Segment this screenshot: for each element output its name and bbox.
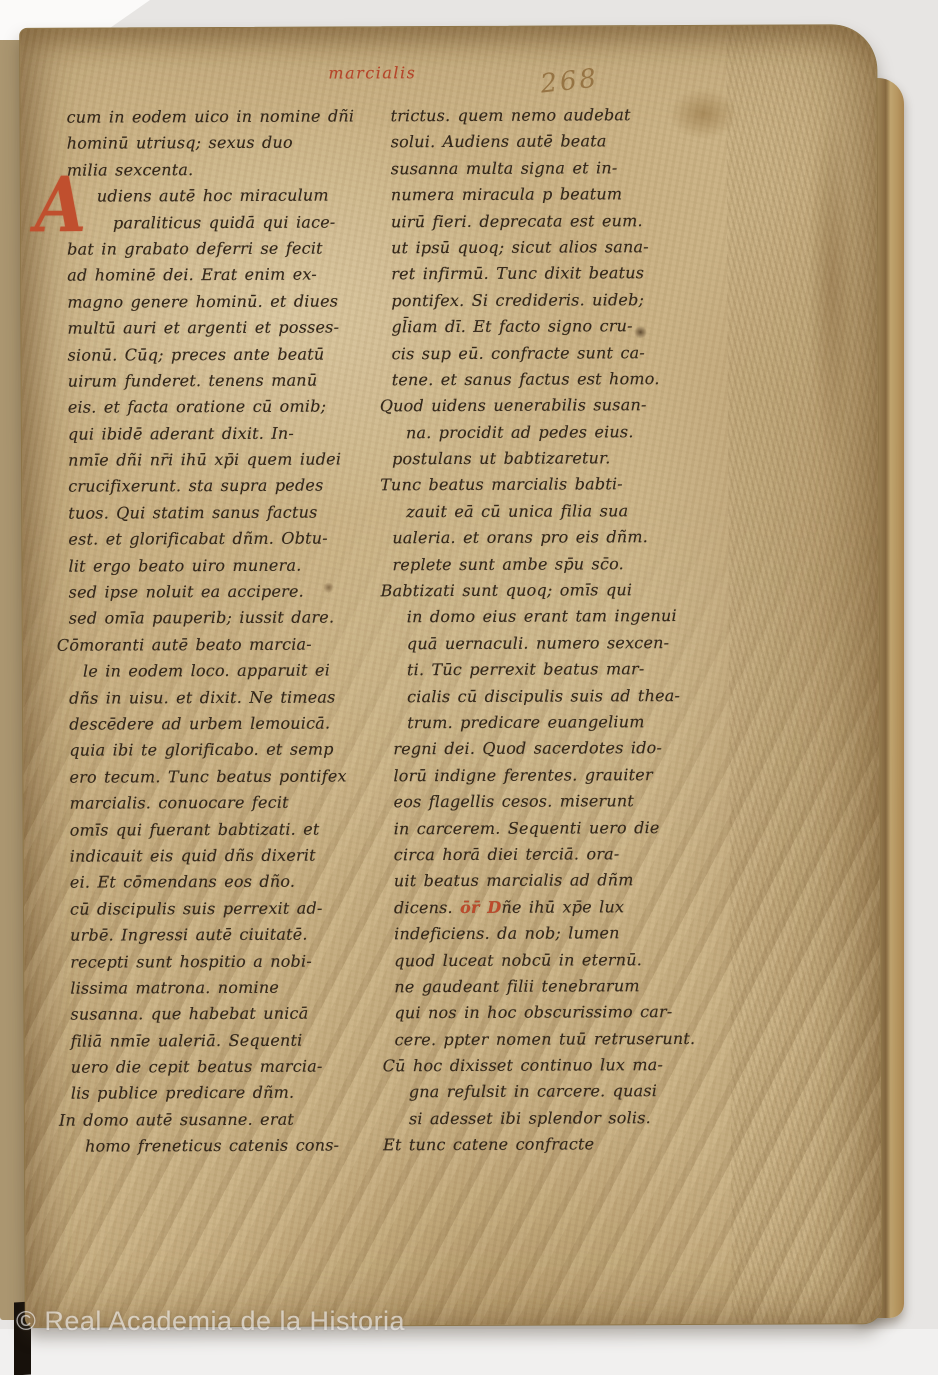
manuscript-line: in carcerem. Sequenti uero die (394, 814, 730, 842)
manuscript-line: bat in grabato deferri se fecit (67, 235, 389, 263)
manuscript-line: sionū. Cūq; preces ante beatū (68, 341, 390, 369)
manuscript-line: postulans ut babtizaretur. (392, 445, 728, 473)
text-segment: ñe ihū xp̄e lux (501, 897, 624, 917)
manuscript-line: cis sup eū. confracte sunt ca- (392, 339, 728, 367)
manuscript-line: indeficiens. da nob; lumen (394, 920, 730, 948)
rubric-text-segment: ōr̄ (460, 898, 487, 917)
manuscript-line: na. procidit ad pedes eius. (392, 418, 728, 446)
manuscript-line: filiā nmīe ualeriā. Sequenti (71, 1027, 393, 1055)
manuscript-line: crucifixerunt. sta supra pedes (68, 473, 390, 501)
manuscript-line: ut ipsū quoq; sicut alios sana- (391, 234, 727, 262)
manuscript-line: tuos. Qui statim sanus factus (68, 499, 390, 527)
manuscript-line: le in eodem loco. apparuit ei (69, 657, 391, 685)
manuscript-line: magno genere hominū. et diues (67, 288, 389, 316)
parchment-page: marcialis 268 A cum in eodem uico in nom… (19, 24, 883, 1328)
manuscript-line: uit beatus marcialis ad dñm (394, 867, 730, 895)
manuscript-line: ne gaudeant filii tenebrarum (394, 973, 730, 1001)
manuscript-line: sed ipse noluit ea accipere. (69, 578, 391, 606)
water-stain (790, 75, 872, 595)
manuscript-line: lit ergo beato uiro munera. (68, 552, 390, 580)
manuscript-line: gna refulsit in carcere. quasi (395, 1078, 731, 1106)
manuscript-line: omīs qui fuerant babtizati. et (70, 816, 392, 844)
manuscript-line: ret infirmū. Tunc dixit beatus (391, 260, 727, 288)
manuscript-line: Cū hoc dixisset continuo lux ma- (383, 1052, 731, 1080)
manuscript-line: trum. predicare euangelium (393, 709, 729, 737)
rubric-text-segment: D (487, 898, 501, 917)
manuscript-line: tene. et sanus factus est homo. (392, 366, 728, 394)
manuscript-line: gl̄iam dī. Et facto signo cru- (391, 313, 727, 341)
manuscript-line: ero tecum. Tunc beatus pontifex (69, 763, 391, 791)
manuscript-line: In domo autē susanne. erat (59, 1106, 393, 1134)
manuscript-line: paraliticus quidā qui iace- (67, 209, 389, 237)
folio-number: 268 (539, 63, 601, 99)
manuscript-line: homo freneticus catenis cons- (71, 1132, 393, 1160)
manuscript-line: Tunc beatus marcialis babti- (380, 471, 728, 499)
manuscript-line: recepti sunt hospitio a nobi- (70, 948, 392, 976)
library-watermark: © Real Academia de la Historia (16, 1306, 405, 1337)
manuscript-line: si adesset ibi splendor solis. (395, 1105, 731, 1133)
manuscript-line: qui nos in hoc obscurissimo car- (394, 999, 730, 1027)
manuscript-line: indicauit eis quid dñs dixerit (70, 842, 392, 870)
manuscript-line: milia sexcenta. (67, 156, 389, 184)
manuscript-line: trictus. quem nemo audebat (391, 102, 727, 130)
manuscript-line: numera miracula p beatum (391, 181, 727, 209)
manuscript-line: ei. Et cōmendans eos dño. (70, 869, 392, 897)
manuscript-line: Et tunc catene confracte (383, 1131, 731, 1159)
manuscript-line: quod luceat nobcū in eternū. (394, 946, 730, 974)
manuscript-line: eos flagellis cesos. miserunt (393, 788, 729, 816)
manuscript-line: ad hominē dei. Erat enim ex- (67, 262, 389, 290)
manuscript-line: hominū utriusq; sexus duo (67, 130, 389, 158)
manuscript-line: cū discipulis suis perrexit ad- (70, 895, 392, 923)
manuscript-line: sed omīa pauperib; iussit dare. (69, 605, 391, 633)
manuscript-line: solui. Audiens autē beata (391, 128, 727, 156)
manuscript-line: multū auri et argenti et posses- (67, 314, 389, 342)
manuscript-line: lorū indigne ferentes. grauiter (393, 762, 729, 790)
manuscript-line: quā uernaculi. numero sexcen- (393, 630, 729, 658)
manuscript-line: uirū fieri. deprecata est eum. (391, 207, 727, 235)
manuscript-line: udiens autē hoc miraculum (67, 182, 389, 210)
manuscript-line: in domo eius erant tam ingenui (393, 603, 729, 631)
manuscript-line: descēdere ad urbem lemouicā. (69, 710, 391, 738)
manuscript-line: dñs in uisu. et dixit. Ne timeas (69, 684, 391, 712)
manuscript-line: dicens. ōr̄ Dñe ihū xp̄e lux (394, 894, 730, 922)
manuscript-line: pontifex. Si credideris. uideb; (391, 287, 727, 315)
manuscript-line: marcialis. conuocare fecit (69, 789, 391, 817)
manuscript-line: Quod uidens uenerabilis susan- (380, 392, 728, 420)
manuscript-line: qui ibidē aderant dixit. In- (68, 420, 390, 448)
manuscript-line: lissima matrona. nomine (70, 974, 392, 1002)
manuscript-line: est. et glorificabat dñm. Obtu- (68, 526, 390, 554)
manuscript-line: lis publice predicare dñm. (71, 1080, 393, 1108)
right-text-column: trictus. quem nemo audebatsolui. Audiens… (391, 102, 732, 1159)
manuscript-line: regni dei. Quod sacerdotes ido- (393, 735, 729, 763)
manuscript-line: uirum funderet. tenens manū (68, 367, 390, 395)
manuscript-line: Cōmoranti autē beato marcia- (57, 631, 391, 659)
left-text-column: cum in eodem uico in nomine dñihominū ut… (67, 103, 394, 1160)
manuscript-line: Babtizati sunt quoq; omīs qui (381, 577, 729, 605)
manuscript-photograph: marcialis 268 A cum in eodem uico in nom… (0, 0, 938, 1375)
manuscript-line: urbē. Ingressi autē ciuitatē. (70, 921, 392, 949)
manuscript-line: ti. Tūc perrexit beatus mar- (393, 656, 729, 684)
manuscript-line: susanna. que habebat unicā (70, 1001, 392, 1029)
manuscript-line: quia ibi te glorificabo. et semp (69, 737, 391, 765)
manuscript-line: eis. et facta oratione cū omib; (68, 394, 390, 422)
text-segment: dicens. (394, 898, 460, 917)
manuscript-line: uero die cepit beatus marcia- (71, 1053, 393, 1081)
manuscript-line: cialis cū discipulis suis ad thea- (393, 682, 729, 710)
manuscript-line: ualeria. et orans pro eis dñm. (392, 524, 728, 552)
manuscript-line: susanna multa signa et in- (391, 155, 727, 183)
manuscript-line: cere. ppter nomen tuū retruserunt. (395, 1025, 731, 1053)
manuscript-line: replete sunt ambe sp̄u sc̄o. (392, 550, 728, 578)
manuscript-line: circa horā diei terciā. ora- (394, 841, 730, 869)
manuscript-line: nmīe dñi nr̄i ihū xp̄i quem iudei (68, 446, 390, 474)
manuscript-line: zauit eā cū unica filia sua (392, 498, 728, 526)
running-header-rubric: marcialis (328, 63, 416, 82)
parchment-edge-speckle (726, 25, 882, 1324)
manuscript-line: cum in eodem uico in nomine dñi (67, 103, 389, 131)
